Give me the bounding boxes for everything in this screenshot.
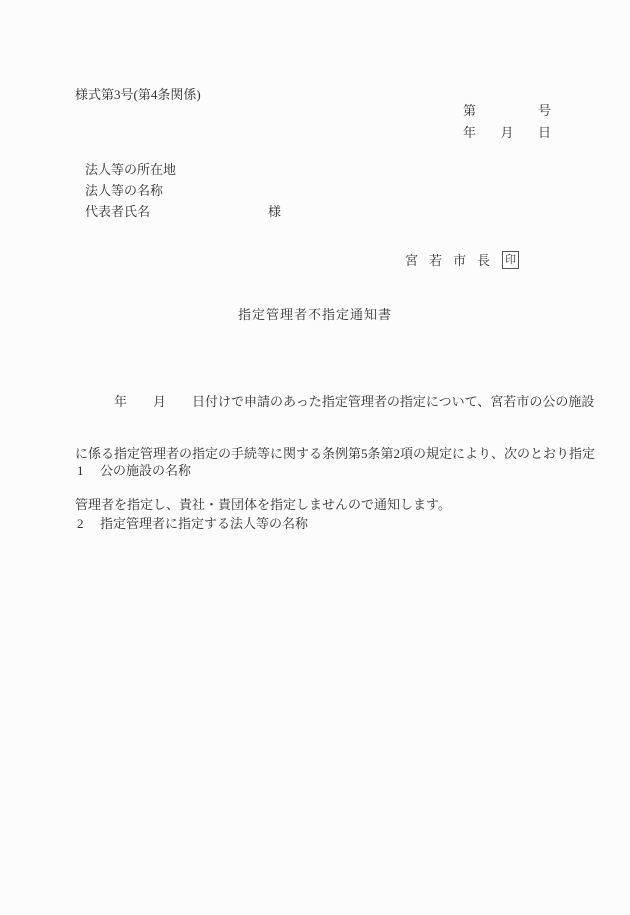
recipient-address-label: 法人等の所在地	[85, 162, 176, 177]
recipient-name-label: 法人等の名称	[85, 183, 163, 198]
doc-number-line: 第 号	[463, 103, 551, 118]
date-month-label: 月	[500, 125, 513, 140]
date-year-label: 年	[463, 125, 476, 140]
date-day-label: 日	[538, 125, 551, 140]
doc-number-suffix: 号	[538, 103, 551, 118]
body-line: 年 月 日付けで申請のあった指定管理者の指定について、宮若市の公の施設	[75, 391, 575, 413]
item-number: 2	[77, 516, 100, 531]
issuer-name: 宮若市長	[405, 252, 501, 269]
list-item-1: 1 公の施設の名称	[77, 463, 191, 478]
item-number: 1	[77, 463, 100, 478]
date-line: 年 月 日	[463, 125, 551, 140]
recipient-representative-label: 代表者氏名	[85, 204, 150, 219]
issuer-seal-mark: 印	[502, 251, 519, 269]
item-label: 指定管理者に指定する法人等の名称	[100, 516, 308, 531]
body-line: 管理者を指定し、貴社・貴団体を指定しませんので通知します。	[75, 494, 575, 516]
document-title: 指定管理者不指定通知書	[0, 307, 630, 322]
recipient-honorific: 様	[268, 204, 281, 219]
list-item-2: 2 指定管理者に指定する法人等の名称	[77, 516, 308, 531]
doc-number-prefix: 第	[463, 103, 476, 118]
item-label: 公の施設の名称	[100, 463, 191, 478]
body-line: に係る指定管理者の指定の手続等に関する条例第5条第2項の規定により、次のとおり指…	[75, 443, 575, 465]
issuer-block: 宮若市長 印	[405, 251, 519, 269]
document-page: 様式第3号(第4条関係) 第 号 年 月 日 法人等の所在地 法人等の名称 代表…	[0, 0, 630, 915]
form-id-label: 様式第3号(第4条関係)	[75, 87, 201, 102]
